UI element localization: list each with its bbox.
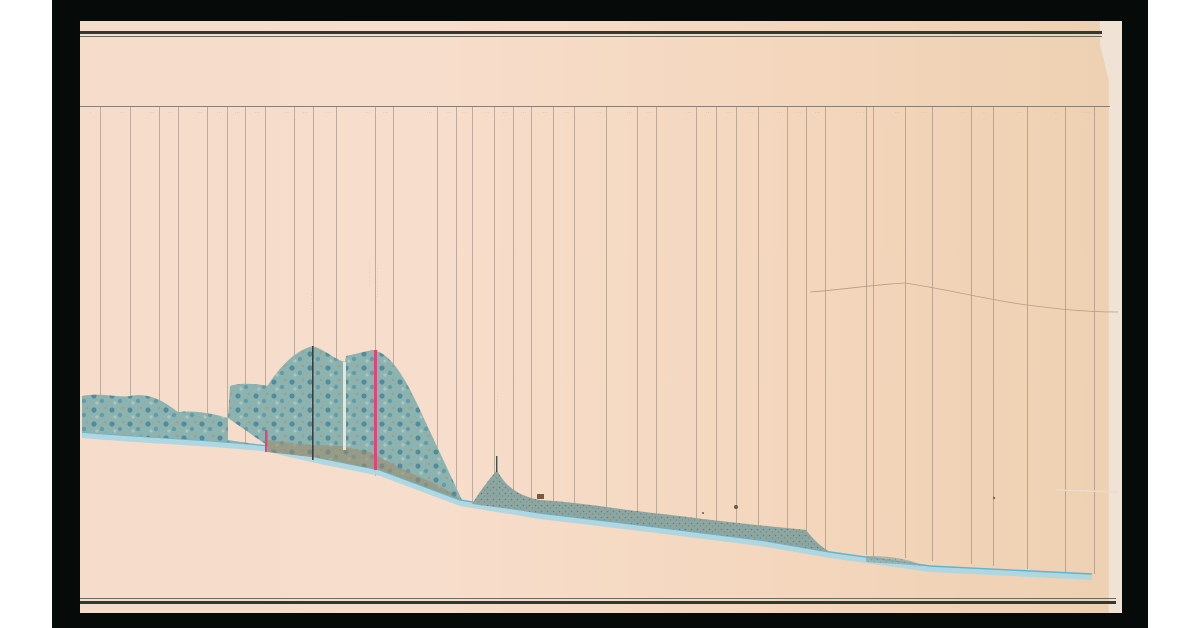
annotation-left-peak: · · · · · · · · xyxy=(309,290,314,309)
annotation-right-peak: · · · · · · · · · · · · xyxy=(375,268,380,297)
paper-crack xyxy=(0,0,1200,628)
annotation-central-peak: · · · · · · · · · · xyxy=(367,262,372,286)
annotation-small-peak: · · · · · xyxy=(495,396,500,407)
